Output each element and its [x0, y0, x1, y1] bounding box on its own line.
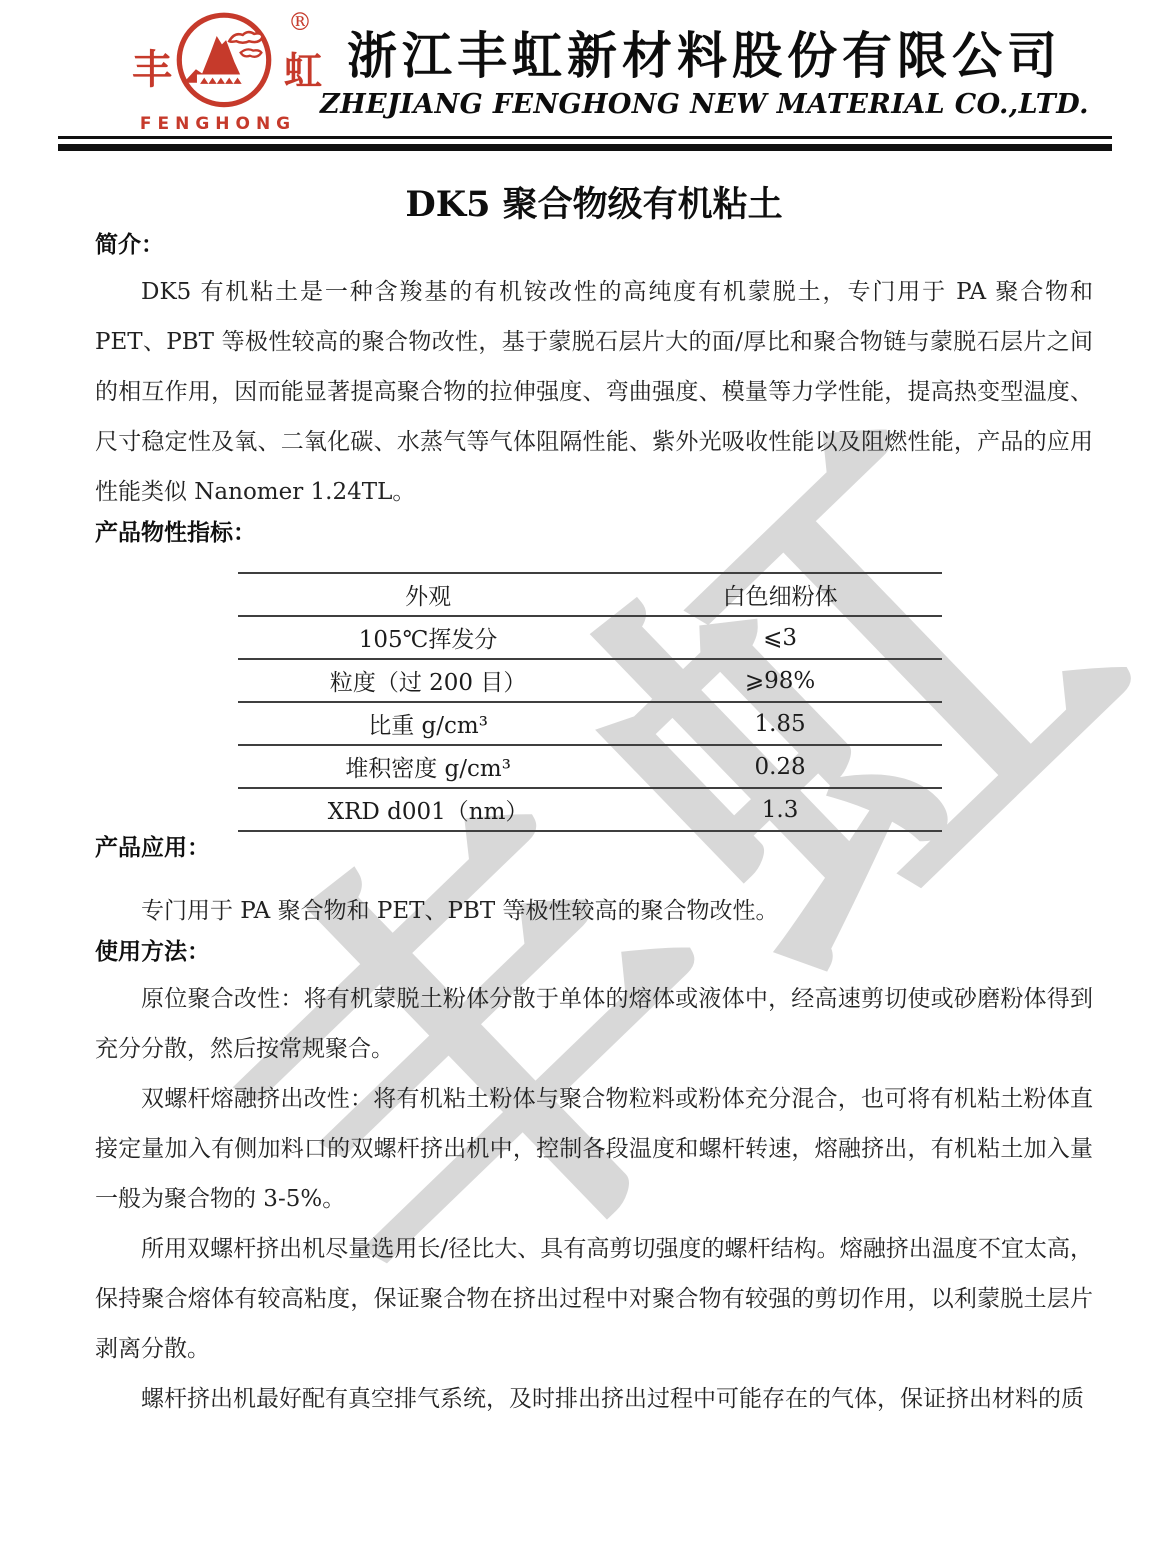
intro-paragraph: DK5 有机粘土是一种含羧基的有机铵改性的高纯度有机蒙脱土，专门用于 PA 聚合… — [95, 267, 1093, 517]
property-label-cell: 105℃挥发分 — [238, 616, 618, 659]
letterhead: 丰 虹 ® FENGHONG 浙江丰虹新材料股份有限公司 ZHEJIANG FE… — [0, 0, 1170, 136]
usage-paragraph-4: 螺杆挤出机最好配有真空排气系统，及时排出挤出过程中可能存在的气体，保证挤出材料的… — [95, 1374, 1093, 1424]
logo-char-feng: 丰 — [132, 50, 172, 90]
usage-paragraph-1: 原位聚合改性：将有机蒙脱土粉体分散于单体的熔体或液体中，经高速剪切使或砂磨粉体得… — [95, 974, 1093, 1074]
company-names: 浙江丰虹新材料股份有限公司 ZHEJIANG FENGHONG NEW MATE… — [320, 10, 1089, 136]
table-row: 比重 g/cm³ 1.85 — [238, 702, 942, 745]
application-paragraph: 专门用于 PA 聚合物和 PET、PBT 等极性较高的聚合物改性。 — [95, 886, 1093, 936]
section-heading-properties: 产品物性指标： — [95, 517, 1093, 549]
section-heading-application: 产品应用： — [95, 832, 1093, 864]
table-row: XRD d001（nm） 1.3 — [238, 788, 942, 831]
section-heading-usage: 使用方法： — [95, 936, 1093, 968]
divider-thick-line — [58, 144, 1112, 151]
company-logo: 丰 虹 ® FENGHONG — [128, 10, 320, 136]
company-name-cn: 浙江丰虹新材料股份有限公司 — [320, 24, 1089, 88]
table-row: 粒度（过 200 目） ⩾98% — [238, 659, 942, 702]
property-label-cell: 比重 g/cm³ — [238, 702, 618, 745]
property-label-cell: 堆积密度 g/cm³ — [238, 745, 618, 788]
logo-char-hong: 虹 — [284, 52, 322, 90]
property-value-cell: ⩾98% — [618, 659, 942, 702]
properties-table: 外观 白色细粉体 105℃挥发分 ⩽3 粒度（过 200 目） ⩾98% 比重 … — [238, 572, 942, 832]
property-value-cell: ⩽3 — [618, 616, 942, 659]
table-row: 外观 白色细粉体 — [238, 573, 942, 616]
property-value-cell: 0.28 — [618, 745, 942, 788]
property-label-cell: 粒度（过 200 目） — [238, 659, 618, 702]
usage-paragraph-3: 所用双螺杆挤出机尽量选用长/径比大、具有高剪切强度的螺杆结构。熔融挤出温度不宜太… — [95, 1224, 1093, 1374]
mountain-logo-icon — [172, 10, 276, 114]
table-row: 堆积密度 g/cm³ 0.28 — [238, 745, 942, 788]
property-value-cell: 白色细粉体 — [618, 573, 942, 616]
document-page: 丰 虹 ® FENGHONG 浙江丰虹新材料股份有限公司 ZHEJIANG FE… — [0, 0, 1170, 1542]
property-label-cell: XRD d001（nm） — [238, 788, 618, 831]
property-value-cell: 1.3 — [618, 788, 942, 831]
usage-paragraph-2: 双螺杆熔融挤出改性：将有机粘土粉体与聚合物粒料或粉体充分混合，也可将有机粘土粉体… — [95, 1074, 1093, 1224]
registered-trademark-icon: ® — [288, 10, 312, 34]
property-value-cell: 1.85 — [618, 702, 942, 745]
document-body: DK5 聚合物级有机粘土 简介： DK5 有机粘土是一种含羧基的有机铵改性的高纯… — [0, 181, 1170, 1424]
table-row: 105℃挥发分 ⩽3 — [238, 616, 942, 659]
logo-wordmark: FENGHONG — [128, 116, 308, 133]
company-name-en: ZHEJIANG FENGHONG NEW MATERIAL CO.,LTD. — [320, 88, 1089, 122]
document-title: DK5 聚合物级有机粘土 — [95, 181, 1093, 229]
header-divider — [58, 136, 1112, 151]
section-heading-intro: 简介： — [95, 229, 1093, 261]
property-label-cell: 外观 — [238, 573, 618, 616]
